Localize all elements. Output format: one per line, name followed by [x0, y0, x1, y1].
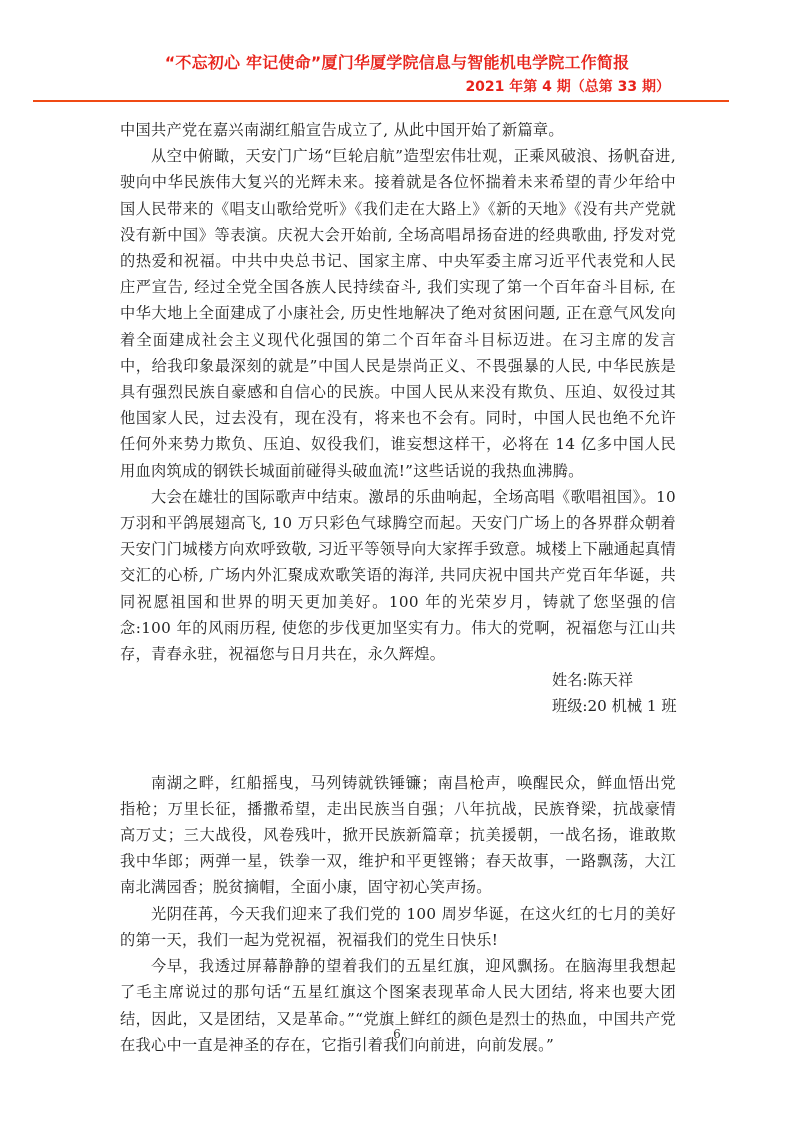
- newsletter-title: “不忘初心 牢记使命”厦门华厦学院信息与智能机电学院工作简报: [0, 50, 794, 73]
- article-paragraph: 中国共产党在嘉兴南湖红船宣告成立了, 从此中国开始了新篇章。: [120, 117, 676, 143]
- section-gap: [120, 720, 676, 770]
- page-number: 6: [0, 1027, 794, 1041]
- article-paragraph: 光阴荏苒，今天我们迎来了我们党的 100 周岁华诞，在这火红的七月的美好的第一天…: [120, 901, 676, 953]
- article-paragraph: 今早，我透过屏幕静静的望着我们的五星红旗，迎风飘扬。在脑海里我想起了毛主席说过的…: [120, 953, 676, 1058]
- author-class: 班级:20 机械 1 班: [552, 693, 676, 719]
- article-2: 南湖之畔，红船摇曳，马列铸就铁锤镰；南昌枪声，唤醒民众，鲜血悟出党指枪；万里长征…: [120, 770, 676, 1058]
- author-signature: 姓名:陈天祥 班级:20 机械 1 班: [552, 667, 676, 719]
- article-paragraph: 从空中俯瞰，天安门广场“巨轮启航”造型宏伟壮观，正乘风破浪、扬帆奋进, 驶向中华…: [120, 143, 676, 484]
- author-name: 姓名:陈天祥: [552, 667, 676, 693]
- article-paragraph: 南湖之畔，红船摇曳，马列铸就铁锤镰；南昌枪声，唤醒民众，鲜血悟出党指枪；万里长征…: [120, 770, 676, 901]
- header-divider: [33, 100, 729, 102]
- page-body: 中国共产党在嘉兴南湖红船宣告成立了, 从此中国开始了新篇章。 从空中俯瞰，天安门…: [120, 117, 676, 1058]
- article-paragraph: 大会在雄壮的国际歌声中结束。激昂的乐曲响起，全场高唱《歌唱祖国》。10 万羽和平…: [120, 484, 676, 667]
- article-1: 中国共产党在嘉兴南湖红船宣告成立了, 从此中国开始了新篇章。 从空中俯瞰，天安门…: [120, 117, 676, 720]
- issue-number: 2021 年第 4 期（总第 33 期）: [465, 76, 670, 96]
